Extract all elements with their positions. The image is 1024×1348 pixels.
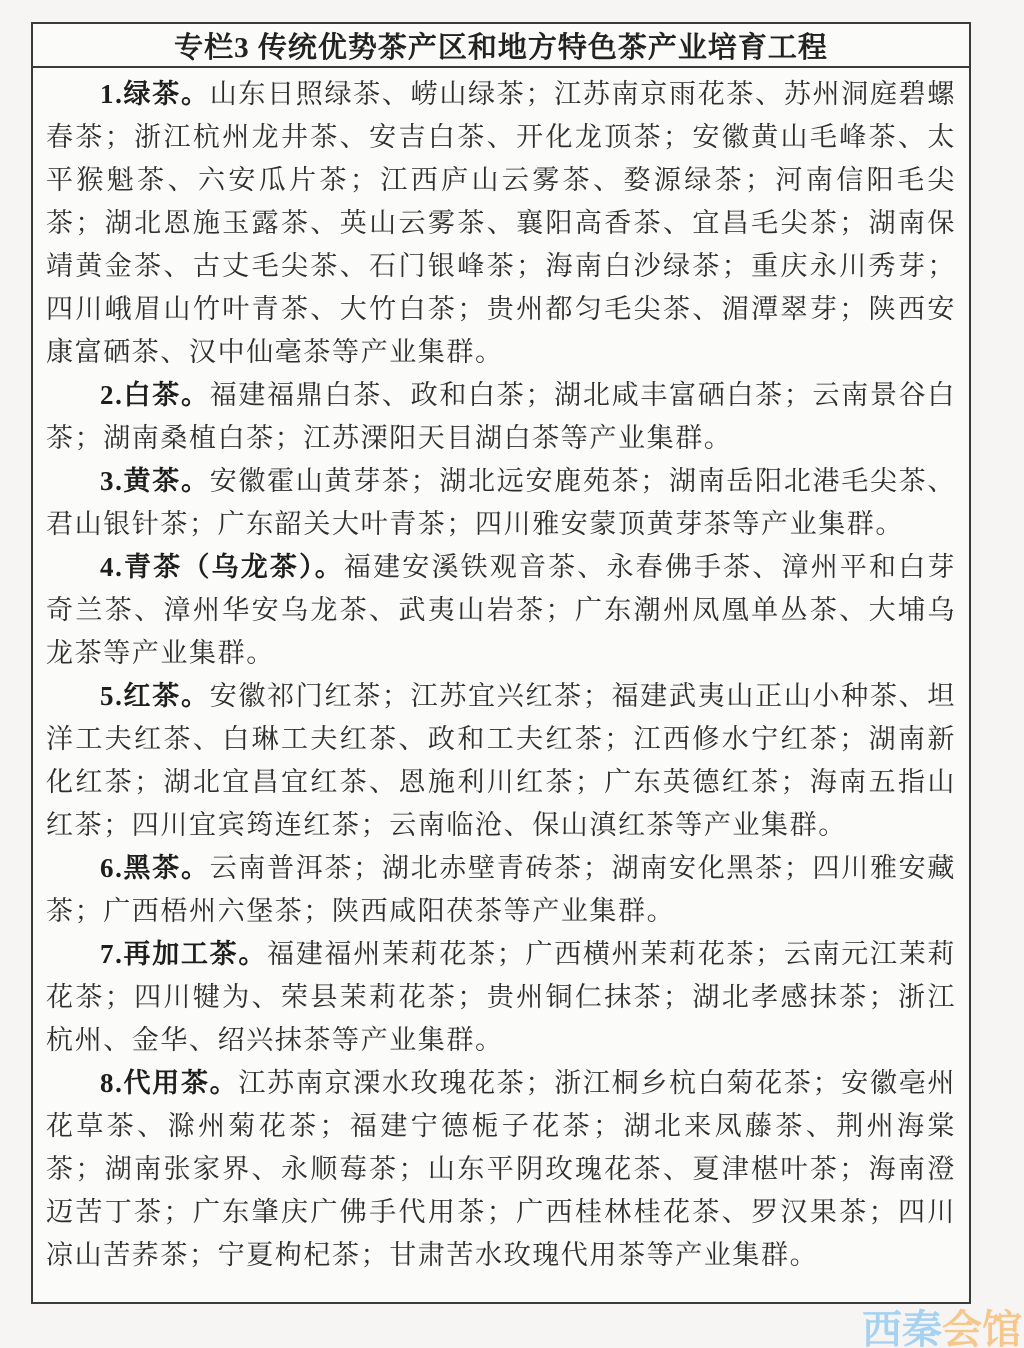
section-black-tea-label: 5.红茶。 (100, 681, 210, 711)
section-reprocessed-tea-label: 7.再加工茶。 (100, 939, 267, 969)
watermark-part1: 西秦 (862, 1308, 942, 1348)
section-reprocessed-tea: 7.再加工茶。福建福州茉莉花茶；广西横州茉莉花茶；云南元江茉莉花茶；四川犍为、荣… (46, 933, 956, 1062)
section-green-tea-label: 1.绿茶。 (100, 79, 210, 109)
section-dark-tea-label: 6.黑茶。 (100, 853, 210, 883)
section-white-tea-label: 2.白茶。 (100, 380, 210, 410)
section-substitute-tea: 8.代用茶。江苏南京溧水玫瑰花茶；浙江桐乡杭白菊花茶；安徽亳州花草茶、滁州菊花茶… (46, 1062, 956, 1277)
section-black-tea: 5.红茶。安徽祁门红茶；江苏宜兴红茶；福建武夷山正山小种茶、坦洋工夫红茶、白琳工… (46, 675, 956, 847)
document-page: 专栏3 传统优势茶产区和地方特色茶产业培育工程 1.绿茶。山东日照绿茶、崂山绿茶… (0, 0, 1024, 1348)
watermark-logo: 西秦会馆 (862, 1310, 1022, 1348)
section-oolong-tea: 4.青茶（乌龙茶）。福建安溪铁观音茶、永春佛手茶、漳州平和白芽奇兰茶、漳州华安乌… (46, 546, 956, 675)
watermark-part2: 会馆 (942, 1308, 1022, 1348)
section-substitute-tea-text: 江苏南京溧水玫瑰花茶；浙江桐乡杭白菊花茶；安徽亳州花草茶、滁州菊花茶；福建宁德栀… (46, 1068, 956, 1270)
section-oolong-tea-label: 4.青茶（乌龙茶）。 (100, 552, 344, 582)
box-body: 1.绿茶。山东日照绿茶、崂山绿茶；江苏南京雨花茶、苏州洞庭碧螺春茶；浙江杭州龙井… (33, 68, 969, 1277)
section-yellow-tea-label: 3.黄茶。 (100, 466, 210, 496)
box-title: 专栏3 传统优势茶产区和地方特色茶产业培育工程 (33, 24, 969, 68)
section-yellow-tea: 3.黄茶。安徽霍山黄芽茶；湖北远安鹿苑茶；湖南岳阳北港毛尖茶、君山银针茶；广东韶… (46, 460, 956, 546)
section-substitute-tea-label: 8.代用茶。 (100, 1068, 238, 1098)
section-white-tea: 2.白茶。福建福鼎白茶、政和白茶；湖北咸丰富硒白茶；云南景谷白茶；湖南桑植白茶；… (46, 374, 956, 460)
column-box: 专栏3 传统优势茶产区和地方特色茶产业培育工程 1.绿茶。山东日照绿茶、崂山绿茶… (31, 22, 971, 1304)
section-dark-tea: 6.黑茶。云南普洱茶；湖北赤壁青砖茶；湖南安化黑茶；四川雅安藏茶；广西梧州六堡茶… (46, 847, 956, 933)
section-green-tea-text: 山东日照绿茶、崂山绿茶；江苏南京雨花茶、苏州洞庭碧螺春茶；浙江杭州龙井茶、安吉白… (46, 79, 956, 367)
section-green-tea: 1.绿茶。山东日照绿茶、崂山绿茶；江苏南京雨花茶、苏州洞庭碧螺春茶；浙江杭州龙井… (46, 73, 956, 374)
